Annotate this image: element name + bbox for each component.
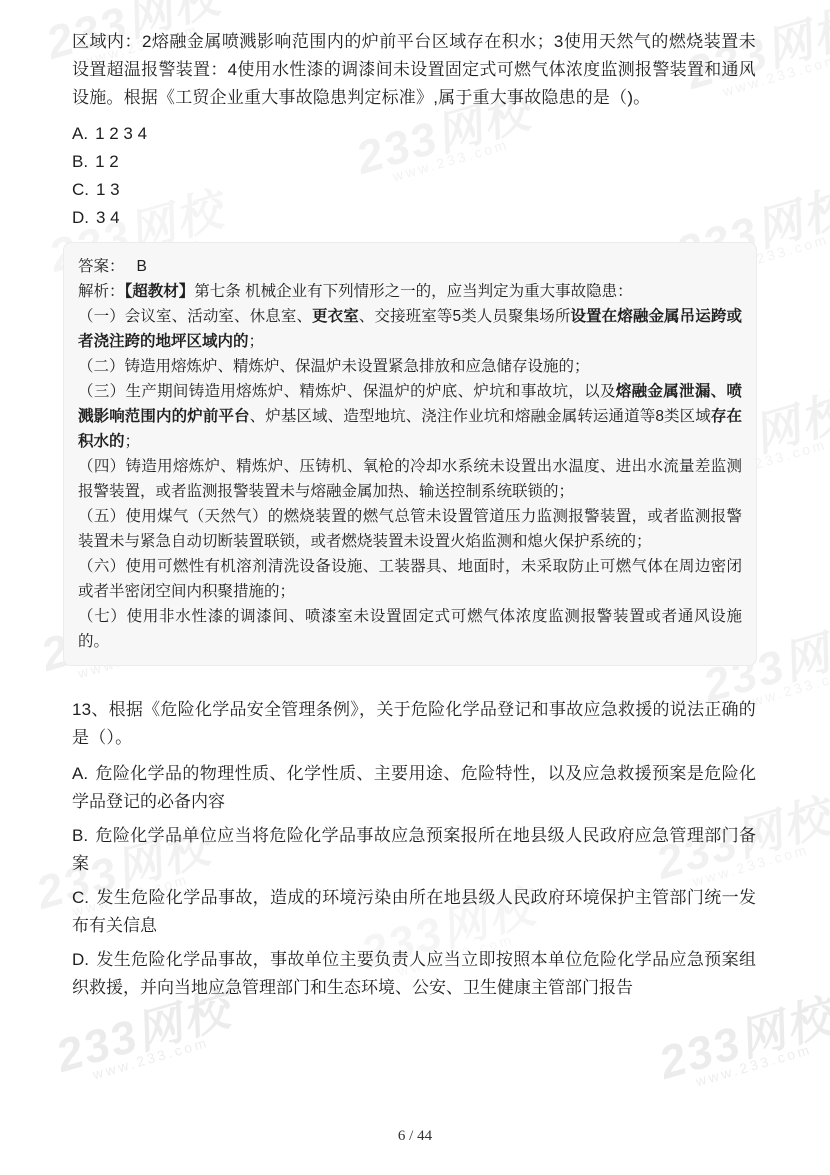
watermark-url: www.233.com: [63, 1026, 239, 1091]
question12-option-d: D.3 4: [72, 204, 756, 232]
question13-option-a: A.危险化学品的物理性质、化学性质、主要用途、危险特性，以及应急救援预案是危险化…: [72, 760, 756, 816]
analysis-row: 解析：【超教材】第七条 机械企业有下列情形之一的，应当判定为重大事故隐患：: [78, 279, 742, 304]
option-text: 1 3: [96, 180, 120, 199]
question13-lead: 13、根据《危险化学品安全管理条例》，关于危险化学品登记和事故应急救援的说法正确…: [72, 696, 756, 752]
analysis-line: （三）生产期间铸造用熔炼炉、精炼炉、保温炉的炉底、炉坑和事故坑，以及熔融金属泄漏…: [78, 379, 742, 454]
option-label: D.: [72, 950, 89, 969]
option-label: A.: [72, 124, 88, 143]
question13-options: A.危险化学品的物理性质、化学性质、主要用途、危险特性，以及应急救援预案是危险化…: [72, 760, 756, 1002]
option-label: D.: [72, 208, 89, 227]
question12-body: 区域内：2熔融金属喷溅影响范围内的炉前平台区域存在积水；3使用天然气的燃烧装置未…: [72, 28, 756, 112]
analysis-line: （一）会议室、活动室、休息室、更衣室、交接班室等5类人员聚集场所设置在熔融金属吊…: [78, 304, 742, 354]
question12-option-a: A.1 2 3 4: [72, 120, 756, 148]
question12-option-b: B.1 2: [72, 148, 756, 176]
page-content: 区域内：2熔融金属喷溅影响范围内的炉前平台区域存在积水；3使用天然气的燃烧装置未…: [0, 0, 830, 1002]
analysis-line: （二）铸造用熔炼炉、精炼炉、保温炉未设置紧急排放和应急储存设施的；: [78, 354, 742, 379]
analysis-line: 【超教材】第七条 机械企业有下列情形之一的，应当判定为重大事故隐患：: [125, 283, 633, 300]
question13-number: 13、: [72, 700, 109, 719]
question12-options: A.1 2 3 4 B.1 2 C.1 3 D.3 4: [72, 120, 756, 232]
option-label: B.: [72, 152, 88, 171]
option-label: B.: [72, 826, 88, 845]
option-text: 发生危险化学品事故，造成的环境污染由所在地县级人民政府环境保护主管部门统一发布有…: [72, 888, 756, 935]
option-text: 发生危险化学品事故，事故单位主要负责人应当立即按照本单位危险化学品应急预案组织救…: [72, 950, 756, 997]
option-text: 1 2 3 4: [95, 124, 147, 143]
document-page: 233网校www.233.com 233网校www.233.com 233网校w…: [0, 0, 830, 1175]
watermark-233: 233网校www.233.com: [654, 992, 830, 1097]
option-label: C.: [72, 180, 89, 199]
question13-lead-text: 根据《危险化学品安全管理条例》，关于危险化学品登记和事故应急救援的说法正确的是（…: [72, 700, 756, 747]
analysis-line: （七）使用非水性漆的调漆间、喷漆室未设置固定式可燃气体浓度监测报警装置或者通风设…: [78, 604, 742, 654]
page-number: 6 / 44: [0, 1128, 830, 1145]
option-text: 1 2: [95, 152, 119, 171]
option-text: 危险化学品的物理性质、化学性质、主要用途、危险特性，以及应急救援预案是危险化学品…: [72, 764, 756, 811]
analysis-line: （六）使用可燃性有机溶剂清洗设备设施、工装器具、地面时，未采取防止可燃气体在周边…: [78, 554, 742, 604]
analysis-line: （五）使用煤气（天然气）的燃烧装置的燃气总管未设置管道压力监测报警装置，或者监测…: [78, 504, 742, 554]
answer-row: 答案：B: [78, 254, 742, 279]
option-text: 危险化学品单位应当将危险化学品事故应急预案报所在地县级人民政府应急管理部门备案: [72, 826, 756, 873]
answer-value: B: [137, 258, 147, 275]
question13: 13、根据《危险化学品安全管理条例》，关于危险化学品登记和事故应急救援的说法正确…: [72, 696, 756, 1002]
question12-option-c: C.1 3: [72, 176, 756, 204]
watermark-logo: 233网校: [654, 992, 830, 1085]
question13-option-b: B.危险化学品单位应当将危险化学品事故应急预案报所在地县级人民政府应急管理部门备…: [72, 822, 756, 878]
analysis-label: 解析：: [78, 283, 125, 300]
question13-option-d: D.发生危险化学品事故，事故单位主要负责人应当立即按照本单位危险化学品应急预案组…: [72, 946, 756, 1002]
watermark-url: www.233.com: [666, 1033, 830, 1098]
option-text: 3 4: [96, 208, 120, 227]
option-label: C.: [72, 888, 89, 907]
question13-option-c: C.发生危险化学品事故，造成的环境污染由所在地县级人民政府环境保护主管部门统一发…: [72, 884, 756, 940]
answer-box: 答案：B 解析：【超教材】第七条 机械企业有下列情形之一的，应当判定为重大事故隐…: [63, 242, 757, 666]
option-label: A.: [72, 764, 88, 783]
answer-label: 答案：: [78, 258, 125, 275]
analysis-line: （四）铸造用熔炼炉、精炼炉、压铸机、氧枪的冷却水系统未设置出水温度、进出水流量差…: [78, 454, 742, 504]
